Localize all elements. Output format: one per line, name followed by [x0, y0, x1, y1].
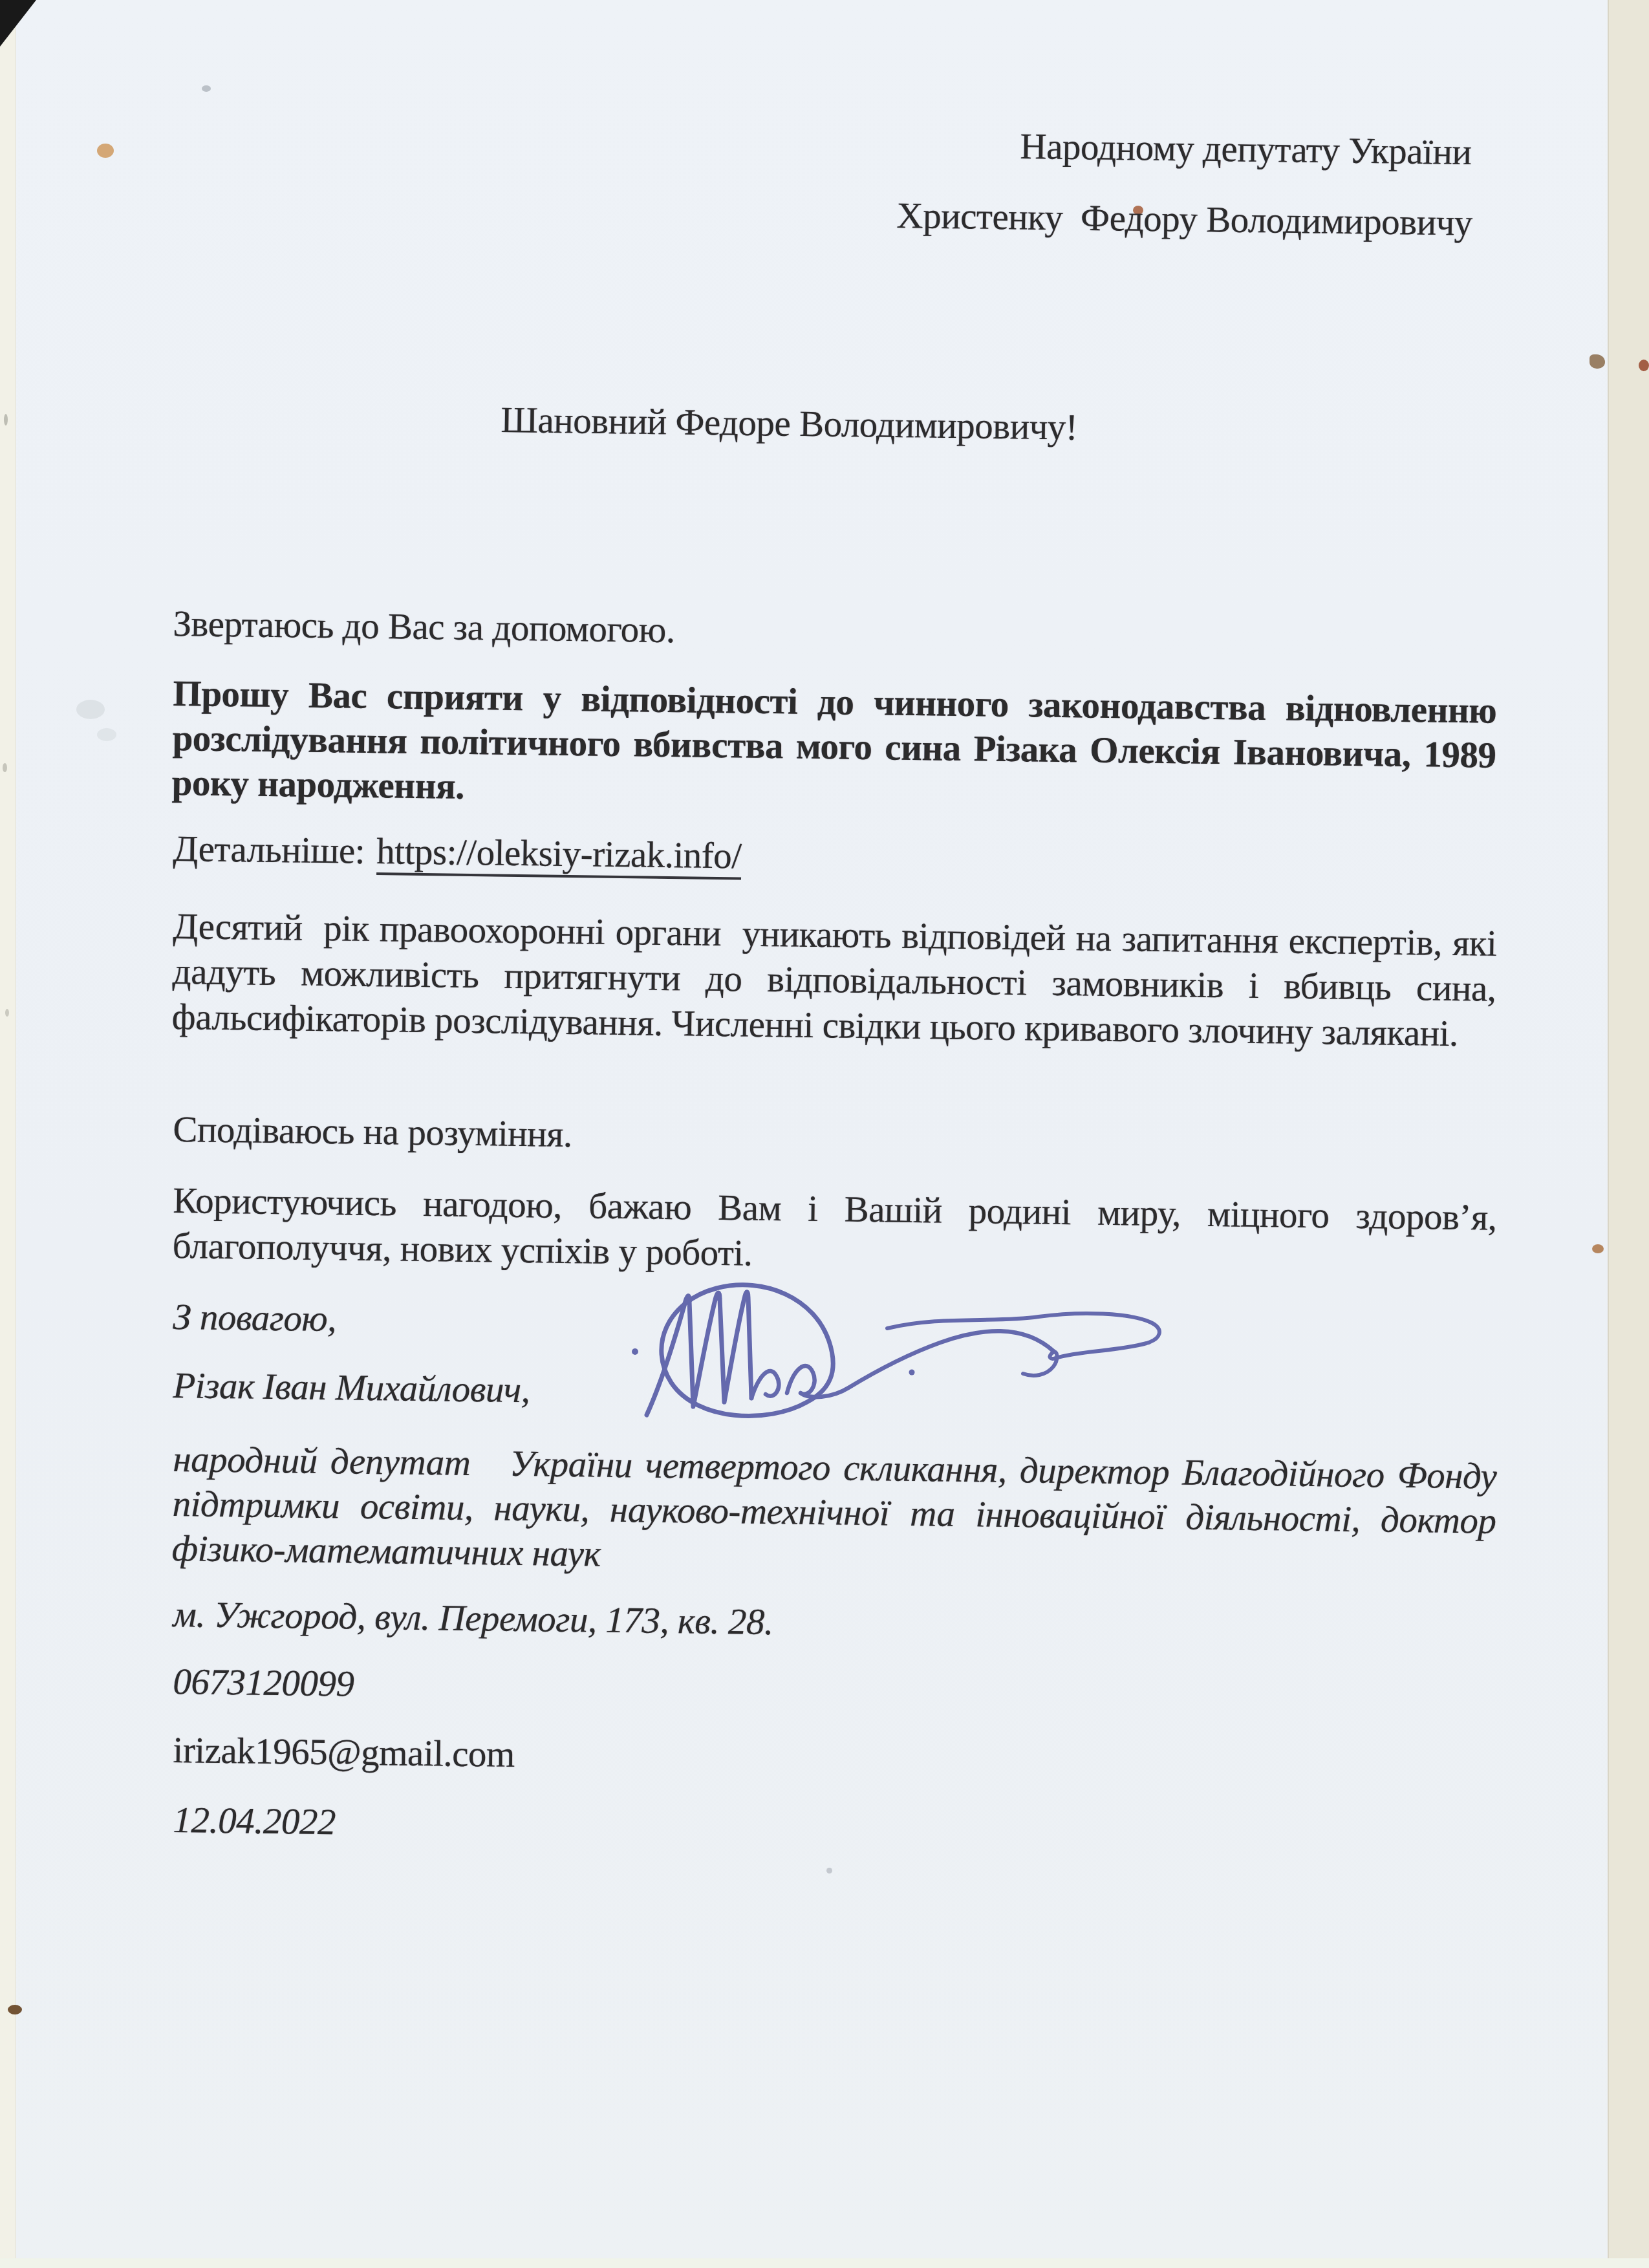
paragraph-request: Прошу Вас сприяти у відповідності до чин… [171, 671, 1497, 823]
salutation: Шановний Федоре Володимировичу! [501, 398, 1078, 450]
scan-speck [1590, 354, 1605, 369]
scan-edge-bottom [0, 2258, 1649, 2268]
scan-speck [4, 414, 8, 426]
signer-phone: 0673120099 [173, 1659, 354, 1707]
paragraph-intro: Звертаюсь до Вас за допомогою. [173, 601, 675, 653]
signer-name: Різак Іван Михайлович, [173, 1363, 530, 1412]
closing: З повагою, [173, 1295, 336, 1341]
scan-speck [1592, 1244, 1604, 1253]
scan-speck [97, 728, 116, 741]
letter-date: 12.04.2022 [173, 1798, 336, 1844]
paragraph-body: Десятий рік правоохоронні органи уникают… [171, 904, 1497, 1057]
details-line: Детальніше:https://oleksiy-rizak.info/ [173, 826, 742, 879]
details-label: Детальніше: [173, 828, 365, 872]
addressee-line-1: Народному депутату України [1020, 124, 1472, 175]
scan-speck [3, 763, 7, 772]
paragraph-hope: Сподіваюсь на розуміння. [173, 1107, 572, 1157]
signer-credentials: народний депутат України четвертого скли… [171, 1437, 1497, 1588]
paragraph-wishes: Користуючись нагодою, бажаю Вам і Вашій … [172, 1178, 1497, 1286]
scan-speck [76, 700, 105, 719]
scan-speck [826, 1868, 832, 1874]
signer-email: irizak1965@gmail.com [173, 1728, 515, 1777]
scan-speck [8, 2005, 22, 2014]
scanned-letter-page: Народному депутату України Христенку Фед… [0, 0, 1649, 2268]
handwritten-signature [601, 1274, 1183, 1442]
scan-speck [5, 1009, 9, 1017]
scan-edge-right [1608, 0, 1649, 2268]
details-link[interactable]: https://oleksiy-rizak.info/ [376, 831, 742, 880]
scan-corner-shadow [0, 0, 36, 47]
scan-speck [97, 144, 114, 158]
scan-edge-left [0, 0, 16, 2268]
signer-address: м. Ужгород, вул. Перемоги, 173, кв. 28. [173, 1592, 773, 1645]
scan-speck [1639, 360, 1649, 371]
addressee-line-2: Христенку Федору Володимировичу [896, 193, 1472, 246]
scan-speck [202, 85, 211, 92]
